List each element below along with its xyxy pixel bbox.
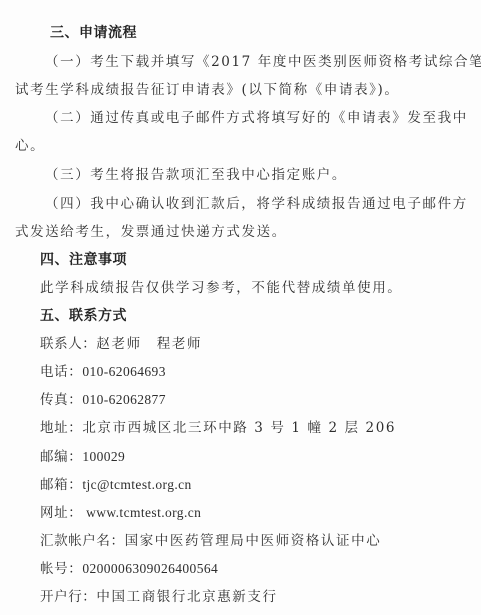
fax-row: 传真：010-62062877 xyxy=(40,391,166,409)
postcode-row: 邮编：100029 xyxy=(40,448,125,466)
account-name-value: 国家中医药管理局中医师资格认证中心 xyxy=(125,533,382,549)
phone-row: 电话：010-62064693 xyxy=(40,363,166,381)
notes-text: 此学科成绩报告仅供学习参考，不能代替成绩单使用。 xyxy=(40,279,402,297)
section-heading-application-process: 三、申请流程 xyxy=(50,24,137,42)
step-1-line-1: （一）考生下载并填写《2017 年度中医类别医师资格考试综合笔 xyxy=(45,53,481,71)
postcode-value: 100029 xyxy=(82,449,125,464)
document-page: 三、申请流程 （一）考生下载并填写《2017 年度中医类别医师资格考试综合笔 试… xyxy=(0,0,481,615)
account-number-row: 帐号：0200006309026400564 xyxy=(40,560,218,578)
step-2-line-1: （二）通过传真或电子邮件方式将填写好的《申请表》发至我中 xyxy=(45,109,468,127)
step-4-line-1: （四）我中心确认收到汇款后，将学科成绩报告通过电子邮件方 xyxy=(45,195,468,213)
website-row: 网址： www.tcmtest.org.cn xyxy=(40,504,201,522)
step-3-line-1: （三）考生将报告款项汇至我中心指定账户。 xyxy=(45,166,347,184)
fax-value: 010-62062877 xyxy=(82,392,166,407)
email-row: 邮箱：tjc@tcmtest.org.cn xyxy=(40,476,192,494)
bank-row: 开户行：中国工商银行北京惠新支行 xyxy=(40,588,278,606)
contact-person-value: 赵老师 程老师 xyxy=(96,336,202,352)
bank-value: 中国工商银行北京惠新支行 xyxy=(96,589,277,605)
bank-label: 开户行： xyxy=(40,589,96,605)
postcode-label: 邮编： xyxy=(40,449,82,465)
contact-person-label: 联系人： xyxy=(40,336,96,352)
website-link[interactable]: www.tcmtest.org.cn xyxy=(82,505,201,520)
contact-person-row: 联系人：赵老师 程老师 xyxy=(40,335,202,353)
phone-label: 电话： xyxy=(40,364,82,380)
email-link[interactable]: tjc@tcmtest.org.cn xyxy=(82,477,191,492)
phone-value: 010-62064693 xyxy=(82,364,166,379)
fax-label: 传真： xyxy=(40,392,82,408)
account-name-label: 汇款帐户名： xyxy=(40,533,125,549)
address-value: 北京市西城区北三环中路 3 号 1 幢 2 层 206 xyxy=(82,420,396,436)
website-label: 网址： xyxy=(40,505,82,521)
section-heading-contact: 五、联系方式 xyxy=(40,307,127,325)
account-number-value: 0200006309026400564 xyxy=(82,561,218,576)
address-label: 地址： xyxy=(40,420,82,436)
step-4-line-2: 式发送给考生，发票通过快递方式发送。 xyxy=(15,223,287,241)
section-heading-notes: 四、注意事项 xyxy=(40,251,127,269)
step-1-line-2: 试考生学科成绩报告征订申请表》(以下简称《申请表》)。 xyxy=(15,81,399,99)
step-2-line-2: 心。 xyxy=(15,137,45,155)
account-number-label: 帐号： xyxy=(40,561,82,577)
email-label: 邮箱： xyxy=(40,477,82,493)
account-name-row: 汇款帐户名：国家中医药管理局中医师资格认证中心 xyxy=(40,532,381,550)
address-row: 地址：北京市西城区北三环中路 3 号 1 幢 2 层 206 xyxy=(40,419,396,437)
